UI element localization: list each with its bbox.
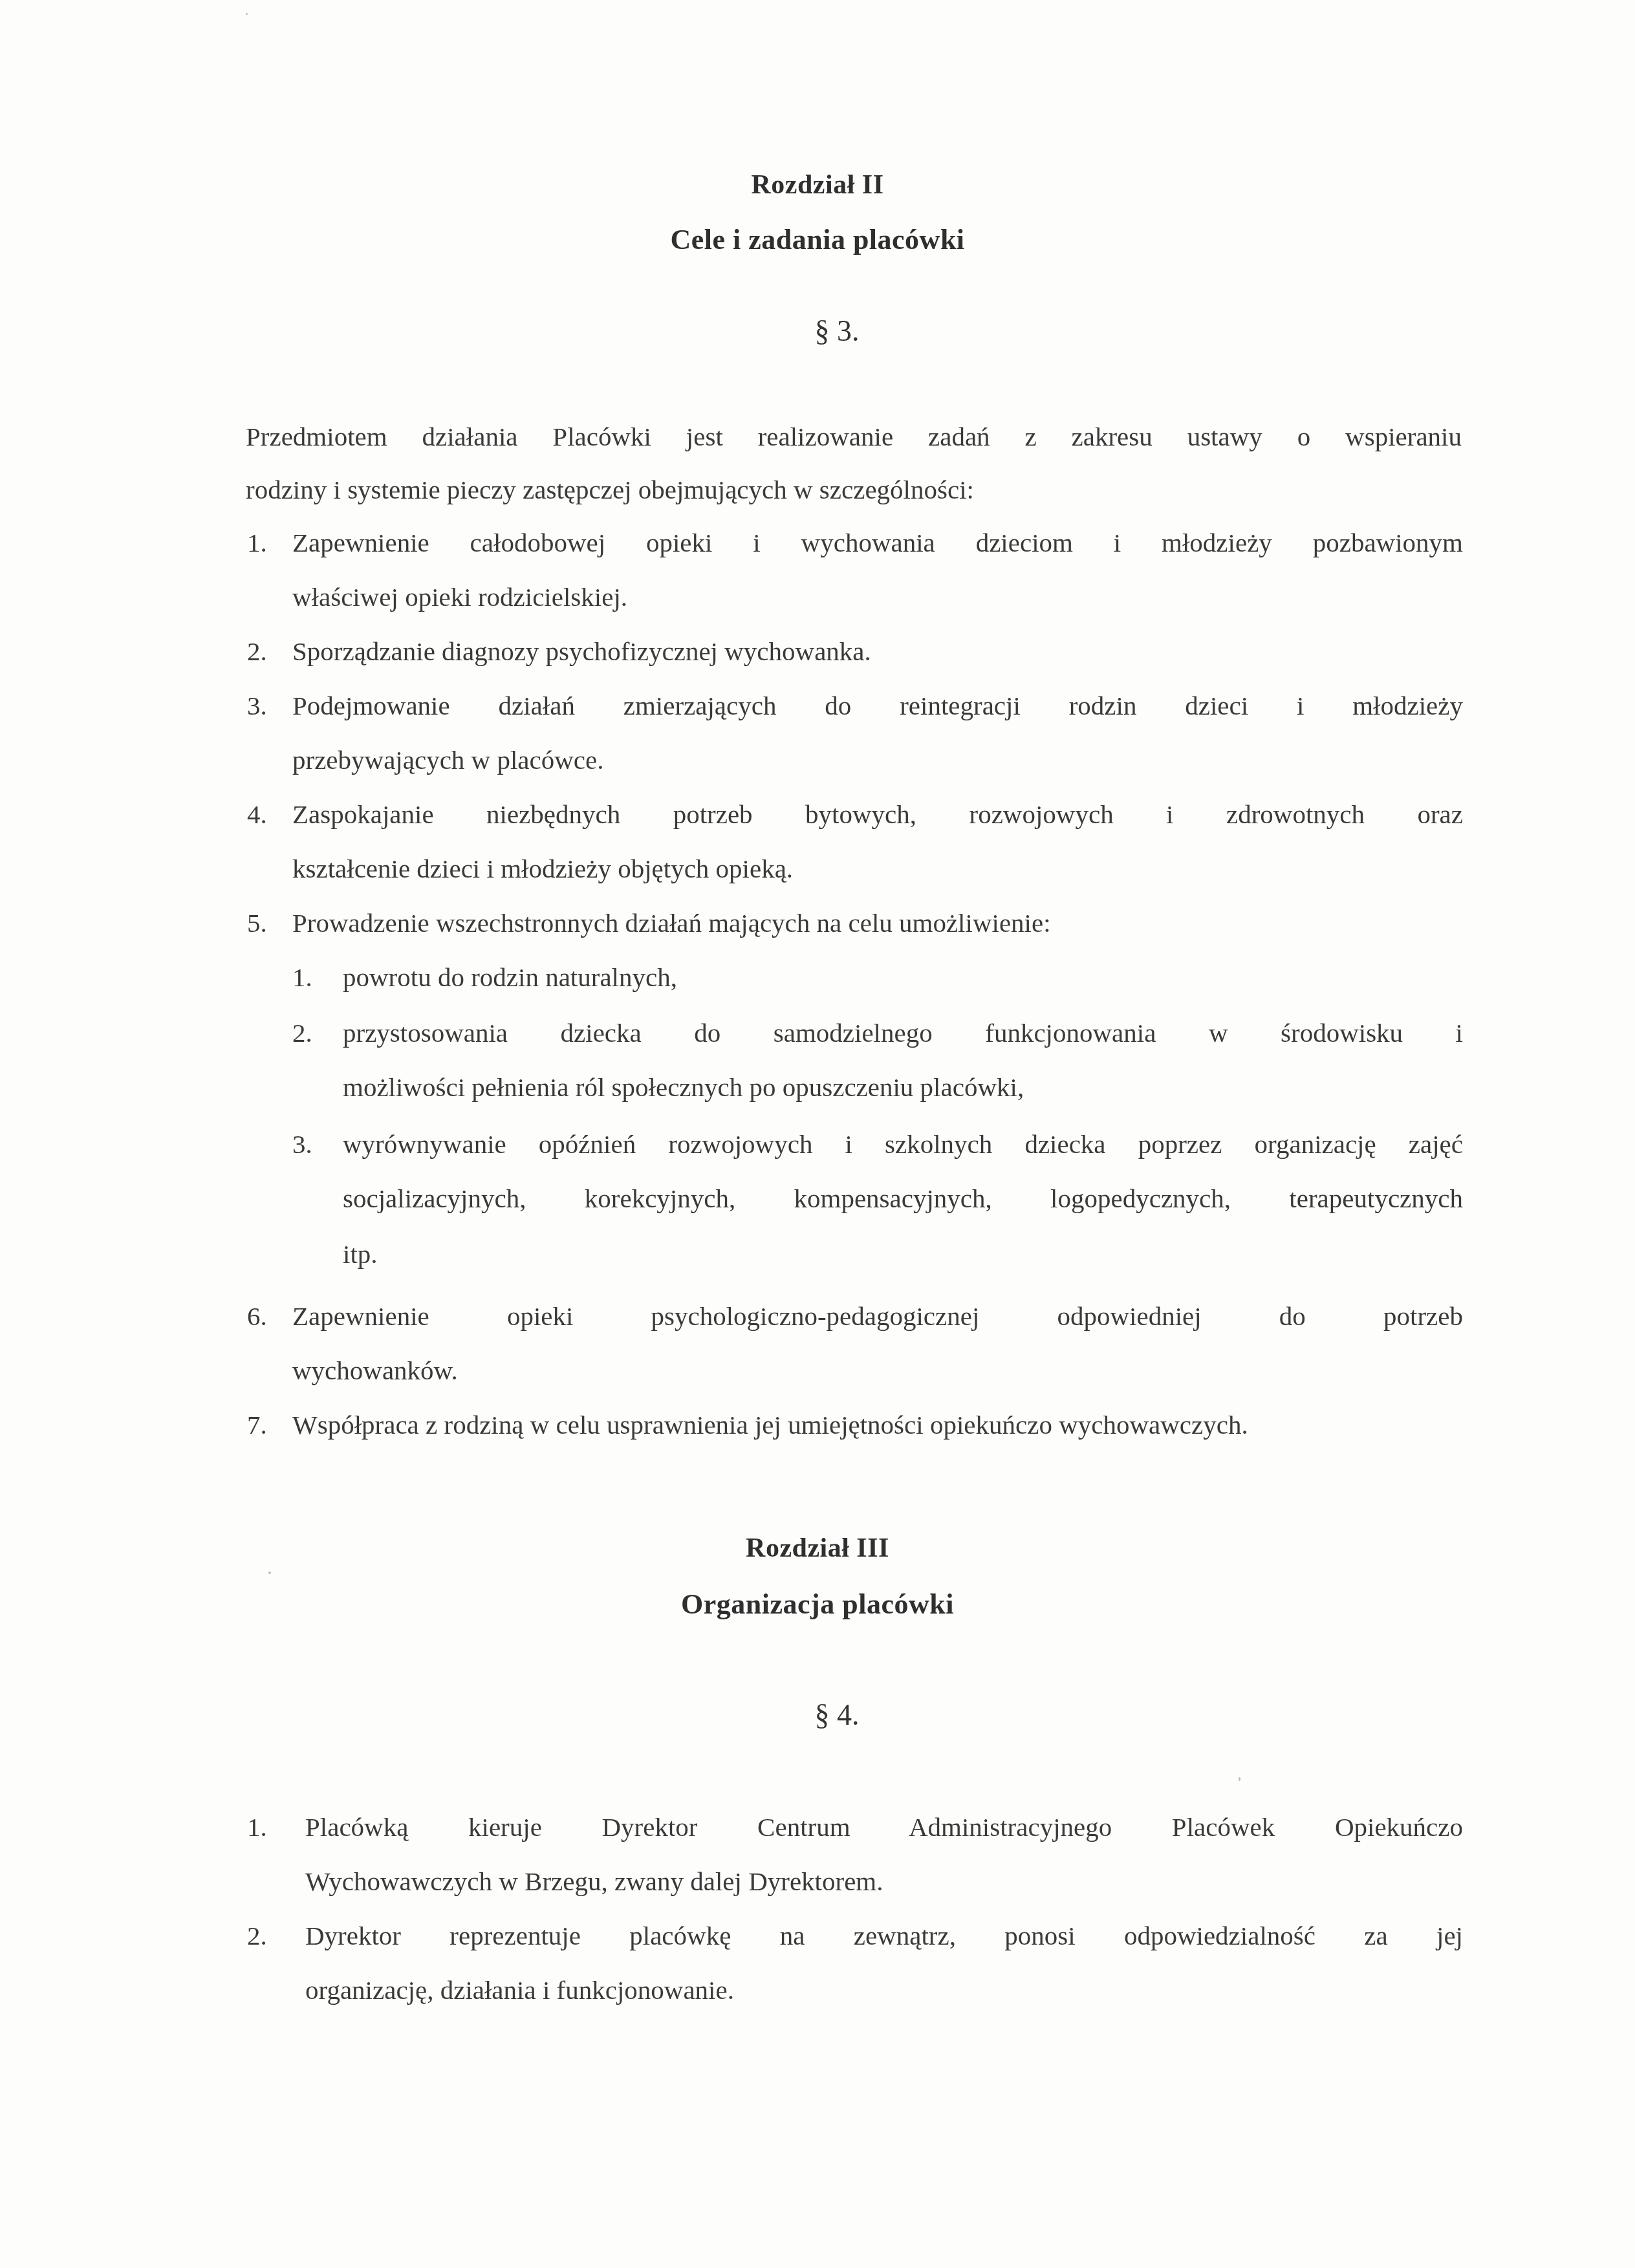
list-item-continuation: Wychowawczych w Brzegu, zwany dalej Dyre… [305,1865,883,1897]
list-item: Dyrektor reprezentuje placówkę na zewnąt… [305,1919,1463,1952]
paragraph-marker: § 4. [19,1698,1635,1732]
list-item: Zaspokajanie niezbędnych potrzeb bytowyc… [292,798,1463,830]
list-number: 5. [247,907,267,939]
list-item-continuation: kształcenie dzieci i młodzieży objętych … [292,852,793,885]
scan-speck [268,1571,271,1574]
sublist-item-continuation: możliwości pełnienia ról społecznych po … [343,1071,1024,1103]
list-number: 1. [247,526,267,559]
sublist-item: wyrównywanie opóźnień rozwojowych i szko… [343,1128,1463,1160]
scan-speck [1239,1777,1240,1781]
sublist-item-continuation: itp. [343,1238,378,1270]
sublist-number: 1. [292,961,312,993]
intro-line: Przedmiotem działania Placówki jest real… [246,420,1462,453]
list-number: 7. [247,1409,267,1441]
scan-speck [246,13,248,15]
list-item: Podejmowanie działań zmierzających do re… [292,689,1463,722]
list-item-continuation: wychowanków. [292,1354,458,1387]
chapter-subtitle: Cele i zadania placówki [0,223,1635,256]
paragraph-marker: § 3. [19,314,1635,348]
sublist-number: 2. [292,1017,312,1049]
list-item-continuation: właściwej opieki rodzicielskiej. [292,581,627,613]
list-item: Zapewnienie całodobowej opieki i wychowa… [292,526,1463,559]
chapter-subtitle: Organizacja placówki [0,1588,1635,1621]
sublist-item-continuation: socjalizacyjnych, korekcyjnych, kompensa… [343,1182,1463,1215]
sublist-number: 3. [292,1128,312,1160]
list-item: Placówką kieruje Dyrektor Centrum Admini… [305,1811,1463,1843]
list-item: Współpraca z rodziną w celu usprawnienia… [292,1409,1248,1441]
list-number: 4. [247,798,267,830]
list-item-continuation: organizację, działania i funkcjonowanie. [305,1974,734,2006]
chapter-title: Rozdział III [0,1533,1635,1564]
sublist-item: przystosowania dziecka do samodzielnego … [343,1017,1463,1049]
list-number: 2. [247,1919,267,1952]
sublist-item: powrotu do rodzin naturalnych, [343,961,677,993]
document-page: Rozdział II Cele i zadania placówki § 3.… [0,0,1635,2268]
list-number: 1. [247,1811,267,1843]
list-item: Sporządzanie diagnozy psychofizycznej wy… [292,635,871,667]
chapter-title: Rozdział II [0,169,1635,200]
list-number: 2. [247,635,267,667]
list-number: 6. [247,1300,267,1332]
list-item-continuation: przebywających w placówce. [292,744,604,776]
list-item: Zapewnienie opieki psychologiczno-pedago… [292,1300,1463,1332]
list-item: Prowadzenie wszechstronnych działań mają… [292,907,1051,939]
intro-line: rodziny i systemie pieczy zastępczej obe… [246,473,974,506]
list-number: 3. [247,689,267,722]
